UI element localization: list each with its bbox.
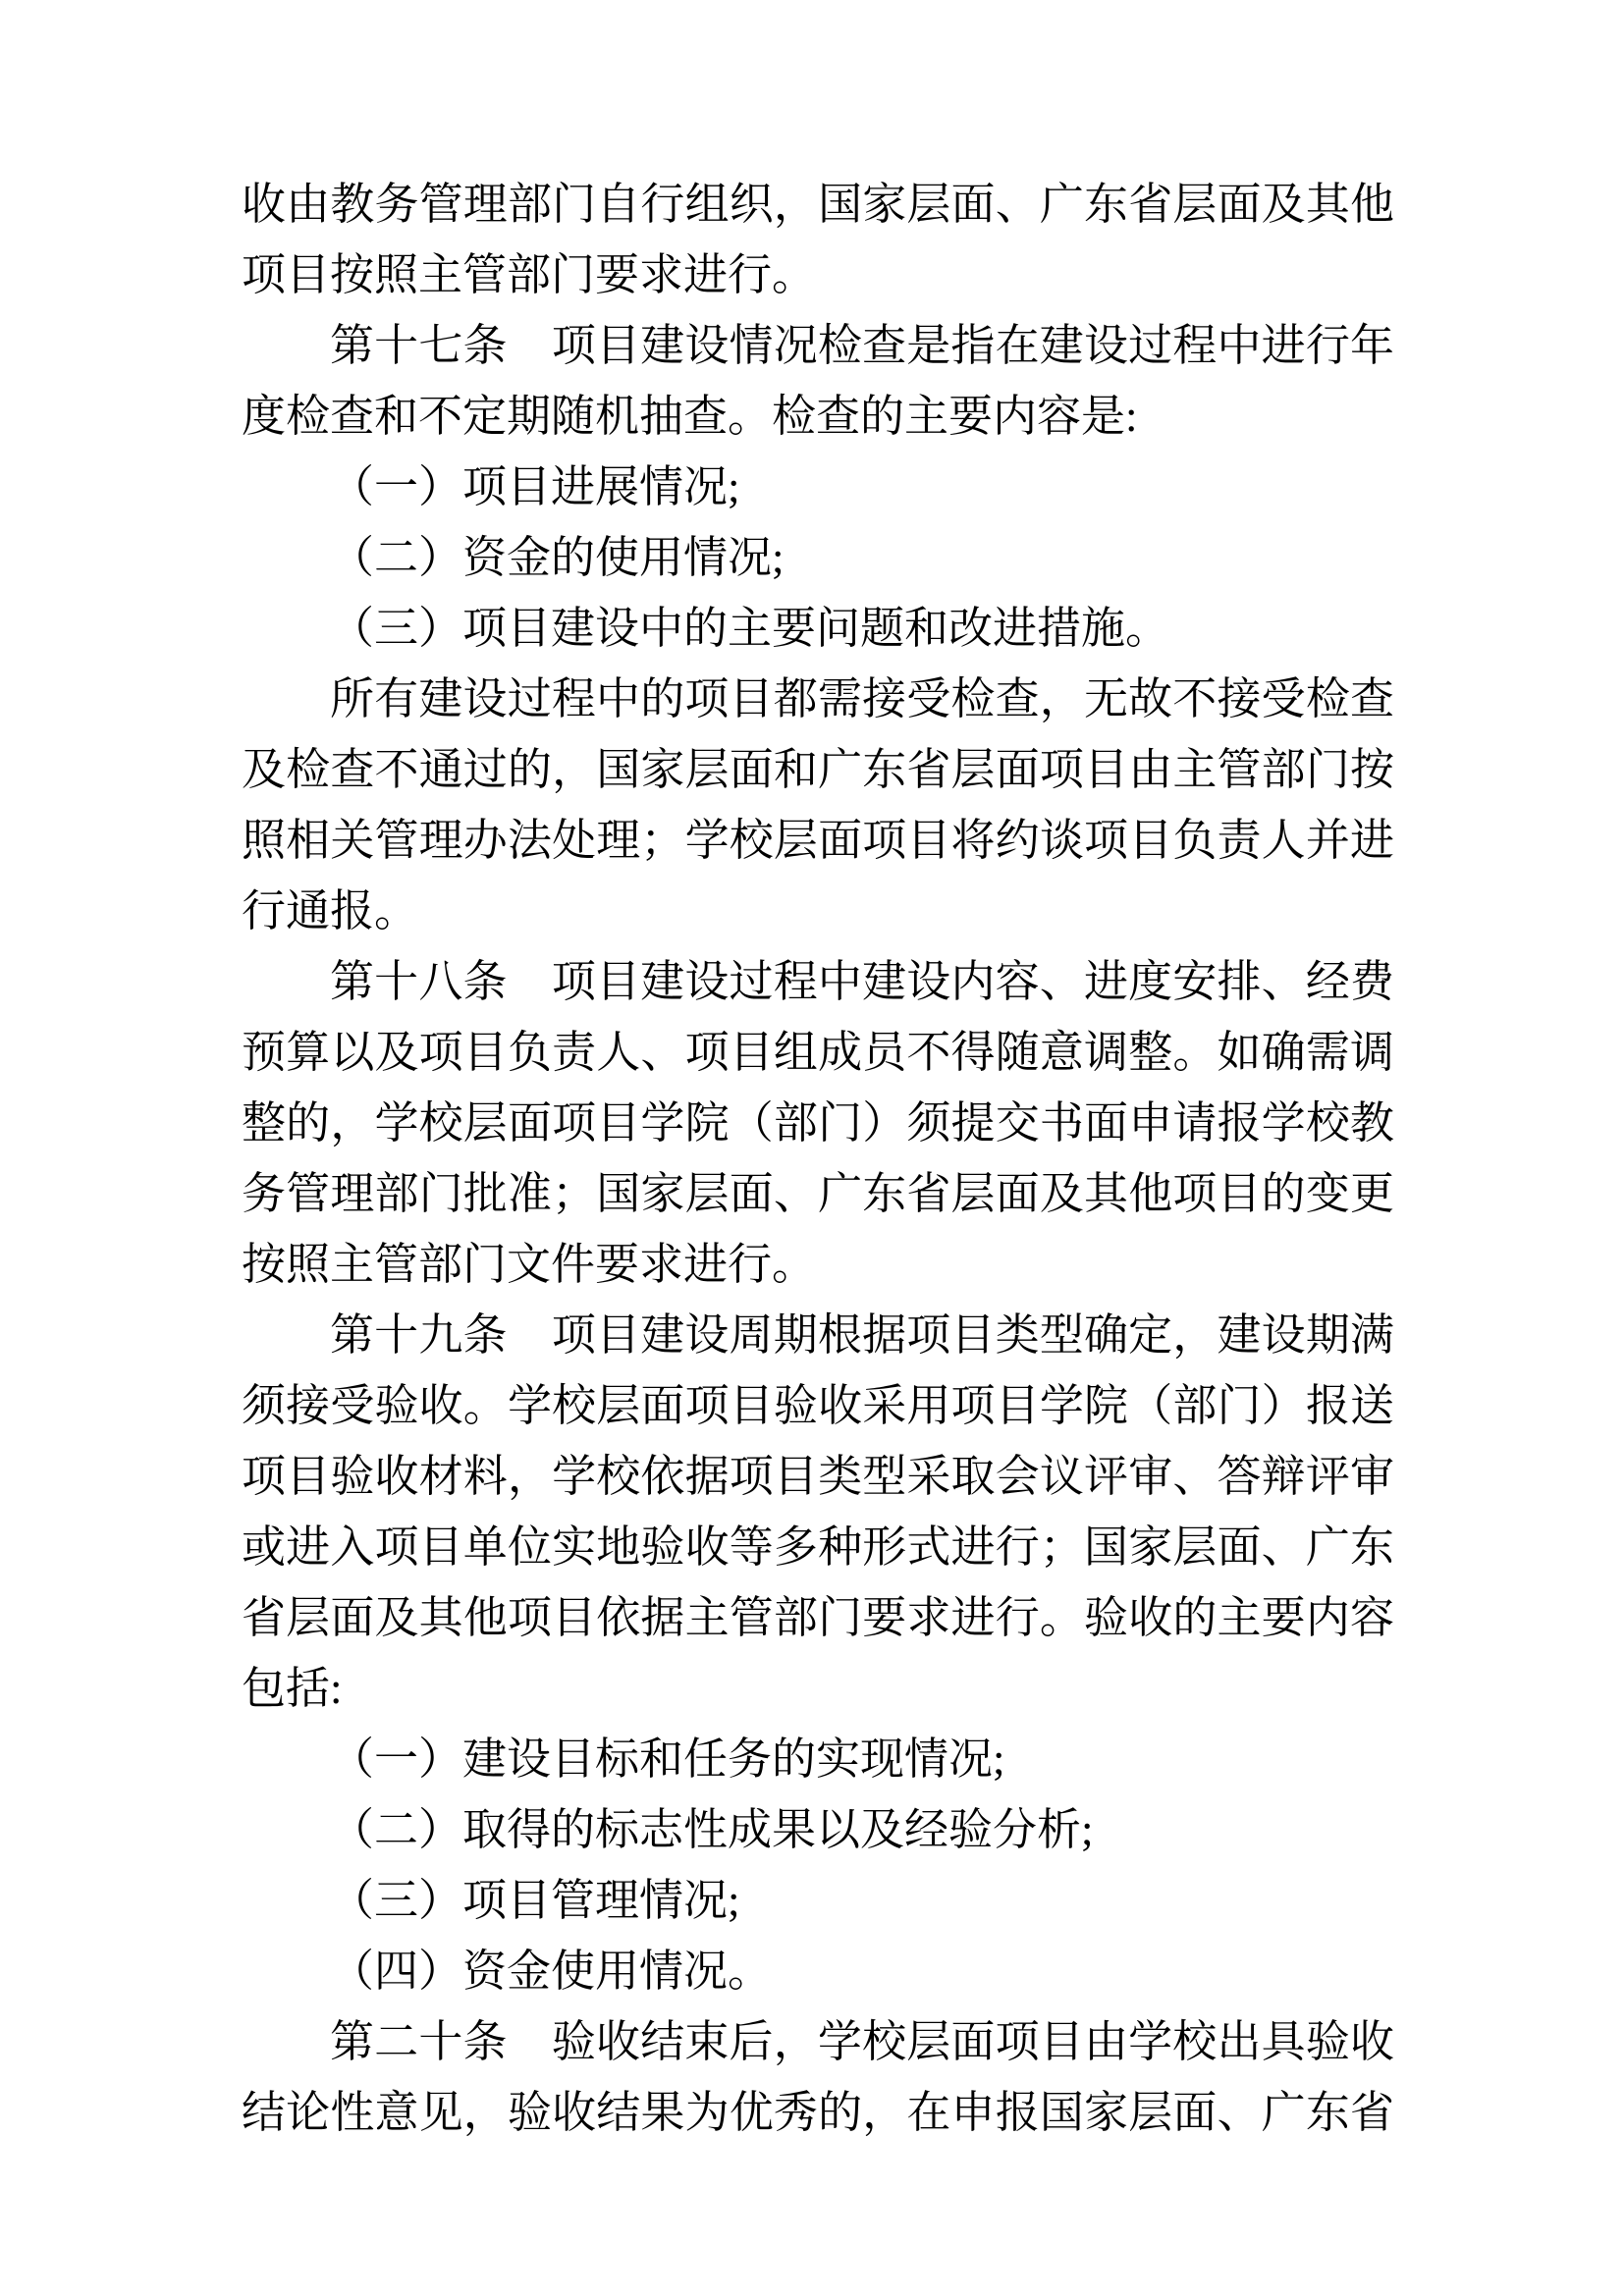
text-line: 照相关管理办法处理；学校层面项目将约谈项目负责人并进 [242,805,1394,876]
text-line: 项目验收材料，学校依据项目类型采取会议评审、答辩评审 [242,1441,1394,1512]
text-line: 包括: [242,1653,1394,1724]
text-line: 务管理部门批准；国家层面、广东省层面及其他项目的变更 [242,1158,1394,1229]
text-line: （三）项目建设中的主要问题和改进措施。 [242,593,1394,664]
text-line: 预算以及项目负责人、项目组成员不得随意调整。如确需调 [242,1017,1394,1088]
text-line: 或进入项目单位实地验收等多种形式进行；国家层面、广东 [242,1512,1394,1582]
text-line: 第十七条 项目建设情况检查是指在建设过程中进行年 [242,310,1394,381]
text-line: 行通报。 [242,876,1394,946]
text-line: 第十九条 项目建设周期根据项目类型确定，建设期满 [242,1300,1394,1370]
text-line: 整的，学校层面项目学院（部门）须提交书面申请报学校教 [242,1088,1394,1158]
text-line: 须接受验收。学校层面项目验收采用项目学院（部门）报送 [242,1370,1394,1441]
text-line: 第二十条 验收结束后，学校层面项目由学校出具验收 [242,2006,1394,2077]
text-line: （二）资金的使用情况; [242,522,1394,593]
text-line: 结论性意见，验收结果为优秀的，在申报国家层面、广东省 [242,2077,1394,2148]
document-page: 收由教务管理部门自行组织，国家层面、广东省层面及其他项目按照主管部门要求进行。第… [242,169,1394,2148]
text-line: （三）项目管理情况; [242,1865,1394,1936]
text-line: （一）项目进展情况; [242,452,1394,522]
text-line: 第十八条 项目建设过程中建设内容、进度安排、经费 [242,946,1394,1017]
text-line: 所有建设过程中的项目都需接受检查，无故不接受检查 [242,664,1394,734]
text-line: 按照主管部门文件要求进行。 [242,1229,1394,1300]
text-line: （四）资金使用情况。 [242,1936,1394,2006]
text-line: 度检查和不定期随机抽查。检查的主要内容是: [242,381,1394,452]
text-line: 收由教务管理部门自行组织，国家层面、广东省层面及其他 [242,169,1394,240]
text-line: （二）取得的标志性成果以及经验分析; [242,1794,1394,1865]
text-line: 及检查不通过的，国家层面和广东省层面项目由主管部门按 [242,734,1394,805]
text-line: 省层面及其他项目依据主管部门要求进行。验收的主要内容 [242,1582,1394,1653]
text-line: （一）建设目标和任务的实现情况; [242,1724,1394,1794]
text-line: 项目按照主管部门要求进行。 [242,240,1394,310]
